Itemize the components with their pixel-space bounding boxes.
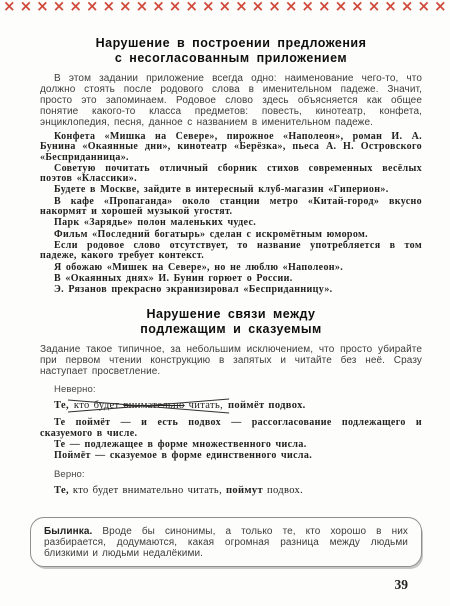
note-box-title: Былинка. [44,526,92,537]
example-sentence: Парк «Зарядье» полон маленьких чудес. [40,218,422,228]
wrong-predicate: поймёт подвох. [224,400,306,411]
section1-title-line2: с несогласованным приложением [40,51,422,66]
cross-mark-icon: × [219,0,232,13]
example-sentence: Я обожаю «Мишек на Севере», но не люблю … [40,263,422,273]
cross-mark-icon: × [202,0,215,13]
explanations-block: Те поймёт — и есть подвох — рассогласова… [40,418,422,461]
crossed-phrase-post: читать, [185,400,223,411]
cross-mark-icon: × [152,0,165,13]
top-border-crosses: ××××××××××××××××××××××××××× [3,0,447,15]
cross-mark-icon: × [69,0,82,13]
right-tail: подвох. [263,485,303,496]
cross-mark-icon: × [36,0,49,13]
examples-block: Конфета «Мишка на Севере», пирожное «Нап… [40,132,422,295]
cross-mark-icon: × [235,0,248,13]
note-box: Былинка. Вроде бы синонимы, а только те,… [30,517,422,567]
right-verb: поймут [226,485,263,496]
cross-mark-icon: × [401,0,414,13]
cross-mark-icon: × [185,0,198,13]
wrong-subject: Те, [54,400,73,411]
cross-mark-icon: × [136,0,149,13]
section1-intro: В этом задании приложение всегда одно: н… [40,73,422,128]
cross-mark-icon: × [318,0,331,13]
page-number: 39 [395,577,409,593]
cross-mark-icon: × [368,0,381,13]
explanation-line: Поймёт — сказуемое в форме единственного… [40,451,422,461]
cross-mark-icon: × [53,0,66,13]
section2-title-line2: подлежащим и сказуемым [40,322,422,337]
cross-mark-icon: × [20,0,33,13]
example-sentence: Советую почитать отличный сборник стихов… [40,164,422,185]
cross-mark-icon: × [102,0,115,13]
right-subject: Те, [54,485,73,496]
book-page: ××××××××××××××××××××××××××× Нарушение в … [0,0,450,606]
wrong-label: Неверно: [54,385,422,395]
explanation-line: Те поймёт — и есть подвох — рассогласова… [40,418,422,439]
cross-mark-icon: × [268,0,281,13]
example-sentence: В «Окаянных днях» И. Бунин горюет о Росс… [40,274,422,284]
cross-mark-icon: × [86,0,99,13]
section2-intro: Задание такое типичное, за небольшим иск… [40,344,422,377]
cross-mark-icon: × [417,0,430,13]
example-sentence: Фильм «Последний богатырь» сделан с искр… [40,230,422,240]
example-sentence: В кафе «Пропаганда» около станции метро … [40,197,422,218]
cross-mark-icon: × [119,0,132,13]
page-content: Нарушение в построении предложения с нес… [40,36,422,497]
cross-mark-icon: × [301,0,314,13]
section1-title: Нарушение в построении предложения с нес… [40,36,422,66]
right-sentence: Те, кто будет внимательно читать, поймут… [54,485,422,497]
struck-word: внимательно [123,400,184,411]
example-sentence: Э. Рязанов прекрасно экранизировал «Бесп… [40,285,422,295]
cross-mark-icon: × [384,0,397,13]
cross-mark-icon: × [285,0,298,13]
note-box-body: Вроде бы синонимы, а только те, кто хоро… [44,526,408,559]
section2-title: Нарушение связи между подлежащим и сказу… [40,307,422,337]
example-sentence: Будете в Москве, зайдите в интересный кл… [40,185,422,195]
rule-text: Если родовое слово отсутствует, то назва… [40,241,422,262]
right-label: Верно: [54,470,422,480]
cross-mark-icon: × [252,0,265,13]
section1-title-line1: Нарушение в построении предложения [40,36,422,51]
cross-mark-icon: × [434,0,447,13]
note-box-text: Былинка. Вроде бы синонимы, а только те,… [44,526,408,559]
right-middle-clause: кто будет внимательно читать, [73,485,226,496]
explanation-line: Те — подлежащее в форме множественного ч… [40,440,422,450]
cross-mark-icon: × [169,0,182,13]
wrong-sentence: Те, кто будет внимательно читать, поймёт… [54,400,422,412]
cross-mark-icon: × [351,0,364,13]
cross-mark-icon: × [335,0,348,13]
crossed-phrase-pre: кто будет [74,400,124,411]
crossed-phrase: кто будет внимательно читать, [73,400,224,412]
example-sentence: Конфета «Мишка на Севере», пирожное «Нап… [40,132,422,163]
section2-title-line1: Нарушение связи между [40,307,422,322]
cross-mark-icon: × [3,0,16,13]
